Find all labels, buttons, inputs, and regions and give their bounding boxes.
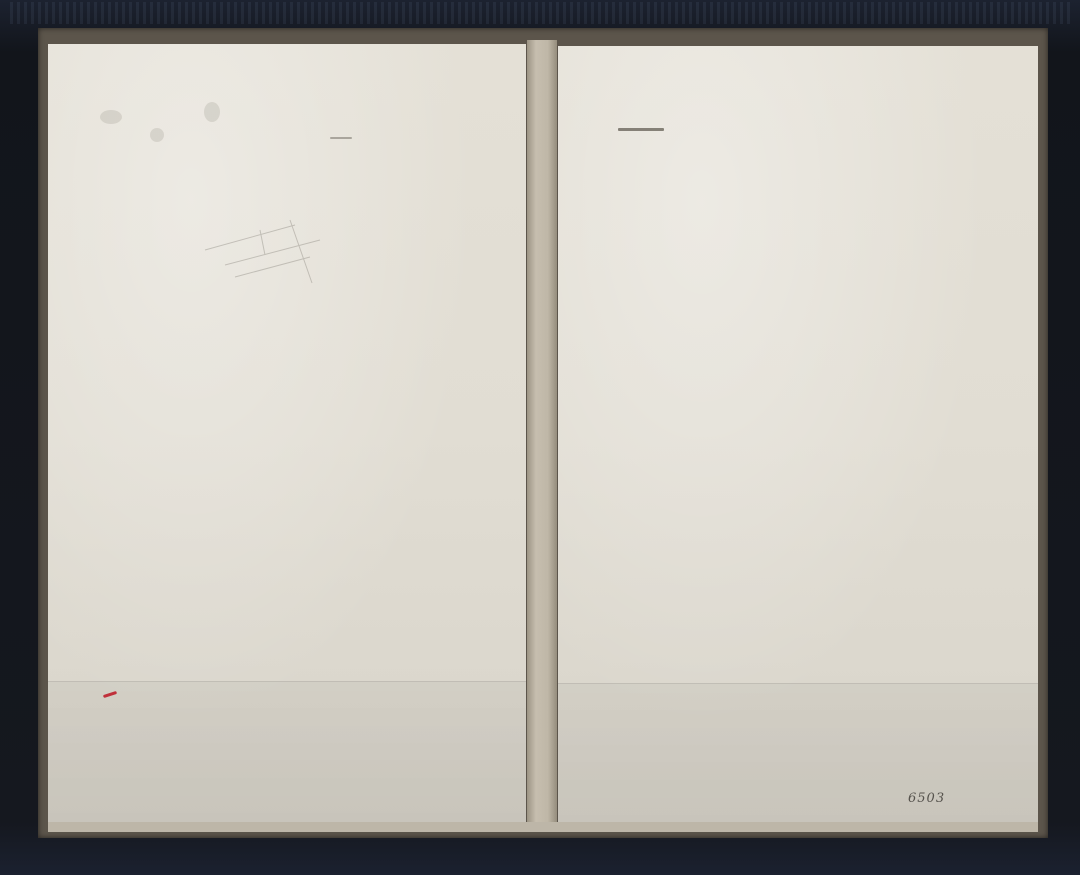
pencil-mark	[618, 128, 664, 131]
bottom-rail	[48, 822, 1038, 832]
left-wood-panel	[48, 44, 526, 822]
pencil-signature: 6503	[908, 791, 945, 806]
right-wood-panel	[558, 46, 1038, 824]
lower-band-left	[48, 681, 526, 822]
center-divider-strip	[527, 40, 557, 830]
pencil-mark	[330, 137, 352, 139]
smudge	[150, 128, 164, 142]
smudge	[204, 102, 220, 122]
lower-band-right	[558, 683, 1038, 824]
smudge	[100, 110, 122, 124]
pencil-scribble	[200, 215, 330, 285]
